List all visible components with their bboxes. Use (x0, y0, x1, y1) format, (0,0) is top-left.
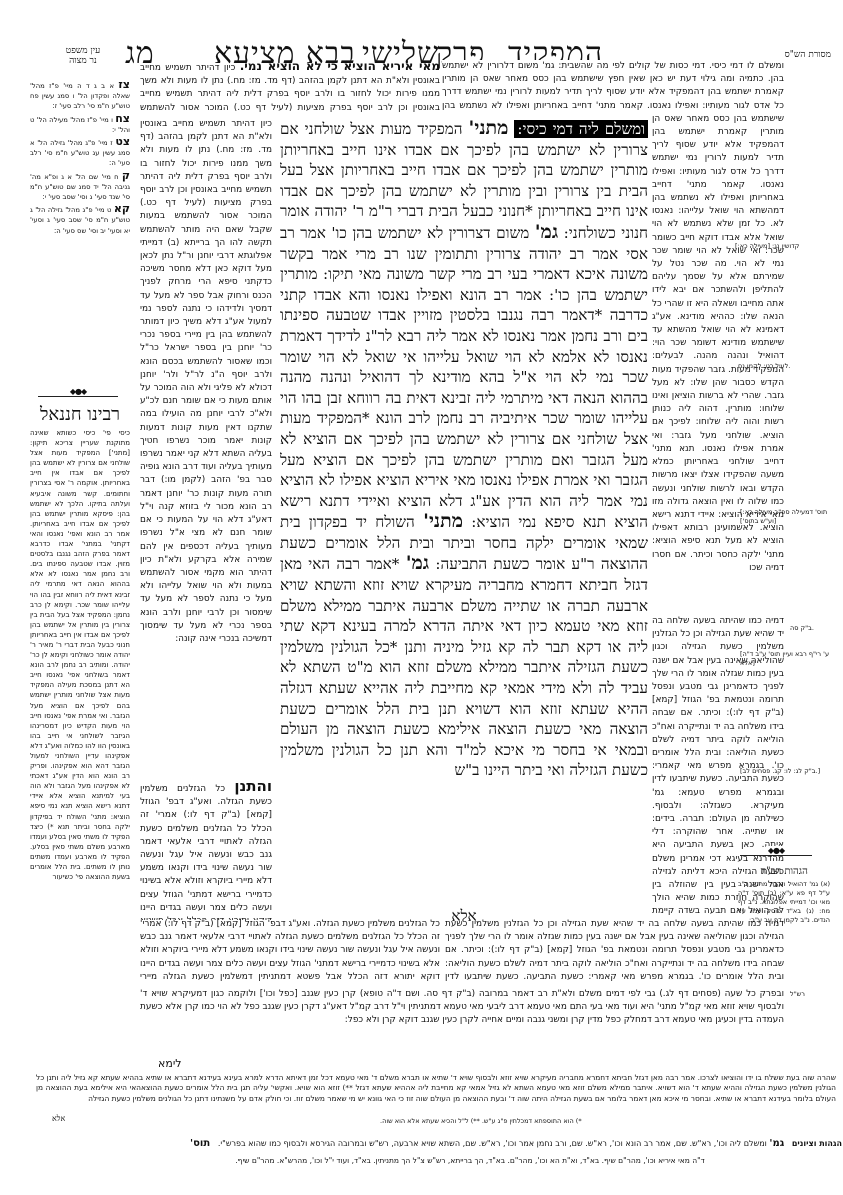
masoret-note: [ב"ק לג: לו: קג. פסחים לב.] (740, 767, 830, 776)
ornament-divider (740, 852, 812, 860)
vehatnan-lead: והתנן (234, 780, 272, 795)
rishonim-marker: רש"ל (790, 990, 805, 999)
masoret-note: [תוס' דמעילה ספ"ב מעילה כא: [וע"ש בתוס'] (740, 508, 830, 526)
bottom-commentary: שהרה שוה בעת ששלח בו ידו והוציאו לצרכו. … (36, 1073, 836, 1117)
rashi-bottom: דמיה כמו שהיתה בשעה שלחה בה יד שהיא שעת … (445, 918, 784, 984)
tosafot-lower-commentary: ובפרק כל שעה (פסחים דף לג.) גבי לפי דמים… (140, 988, 784, 1040)
ein-mishpat-label: עין משפט נר מצוה (58, 46, 108, 66)
tosafot-bottom-wide: כל הגזלנים משלמין כשעת הגזלה. ואע"ג דבפ'… (140, 918, 440, 984)
rabbeinu-chananel-title: רבינו חננאל (30, 404, 130, 425)
bottom-footnote: *) הוא התוספתא דמכלתין פ"ג ע"ש. **) ל"ל … (380, 1116, 582, 1127)
rashi-text: ומשלם לו דמי כיסי. דמי כסות של קולים לפי… (652, 61, 784, 573)
tosafot-lead: מאי איריא הוציא כי לא הוציא נמי. (240, 60, 440, 73)
ein-mishpat-column: צז א ב ג ד ה מיי' פ"ז מהל' שאלה ופקדון ה… (30, 80, 130, 238)
gemara-main-text: ומשלם ליה דמי כיסי: מתני' המפקיד מעות אצ… (280, 118, 648, 908)
hagahot-vetziyunim: הגהות וציונים גמ' ומשלם ליה וכו', רא"ש. … (30, 1138, 842, 1149)
hagahot-tosafot-label: תוס' (190, 1138, 210, 1149)
bottom-last-word: אלא (52, 1114, 65, 1123)
hagahot-habach-title: הגהות הב"ח (738, 866, 830, 877)
ein-mishpat-entry: ק ח מיי' שם הל' א ג ופ"א מה' גניבה הל' י… (30, 171, 130, 203)
masoret-note: [ע' רי"ף רבא ועיין תוס' ע"ב ד"ה אלא] (740, 650, 830, 668)
mishnah2-label: מתני' (423, 510, 463, 532)
gemara-last-word: אלא (280, 906, 648, 927)
rabbeinu-chananel-text: כיסי פי' כיסי כשותא שאינה מתוקנת שעריין … (30, 428, 130, 1068)
masoret-hashas-label: מסורת הש"ס (785, 50, 831, 60)
gemara-label: גמ' (535, 221, 558, 243)
tosafot-top: מאי איריא הוציא כי לא הוציא נמי. כיון דה… (140, 60, 440, 114)
tosafot-commentary: כיון דהיתר תשמיש מחייב באונסין ולא"ת הא … (140, 118, 272, 778)
masoret-note: קדושין נג: [מעילה כא:] (735, 242, 799, 251)
lima-catchword: לימא (158, 1057, 182, 1070)
masoret-note: לעיל כט: לקמן נח. (738, 362, 790, 371)
ein-mishpat-entry: צט ז מיי' פ"ג מהל' גזילה הל' א סמג עשין … (30, 137, 130, 169)
rashi-top: ומשלם לו דמי כיסי. דמי כסות של קולים לפי… (442, 60, 784, 114)
ein-mishpat-entry: קא ט מיי' פ"ג מהל' גזילה הל' ג טוש"ע ח"מ… (30, 204, 130, 236)
gemara-text: משום דצרורין לא ישתמש בהן כו' אמר רב אסי… (280, 224, 648, 531)
hagahot-tosafot-text: ד"ה מאי איריא וכו', מהר"ם שיף. בא"ד, וא"… (140, 1155, 800, 1166)
hagahot-habach-text: (א) גמ' דהואיל ונהנה מהנה. נ"ב ע"ל דף פא… (738, 880, 830, 925)
ein-mishpat-entry: צז א ב ג ד ה מיי' פ"ז מהל' שאלה ופקדון ה… (30, 80, 130, 112)
ein-mishpat-entry: צח ו מיי' פ"ז מהל' מעילה הל' ט והל' י: (30, 114, 130, 135)
mishnah-highlight: ומשלם ליה דמי כיסי: (514, 120, 648, 138)
mishnah-label: מתני' (469, 118, 509, 139)
tosafot-vehatnan: והתנן כל הגזלנים משלמין כשעת הגזלה. ואע"… (140, 780, 272, 920)
hagahot-gemara-label: גמ' (769, 1138, 784, 1149)
hagahot-vetziyunim-label: הגהות וציונים (792, 1139, 842, 1148)
gemara2-label: גמ' (406, 552, 429, 574)
masoret-note: ב"ק סה. (790, 624, 814, 633)
ornament-divider (38, 393, 118, 401)
rashi-commentary: ומשלם לו דמי כיסי. דמי כסות של קולים לפי… (652, 60, 784, 620)
gemara2-text: *אמר רבה האי מאן דגזל חביתא דחמרא מחבריה… (280, 555, 648, 779)
